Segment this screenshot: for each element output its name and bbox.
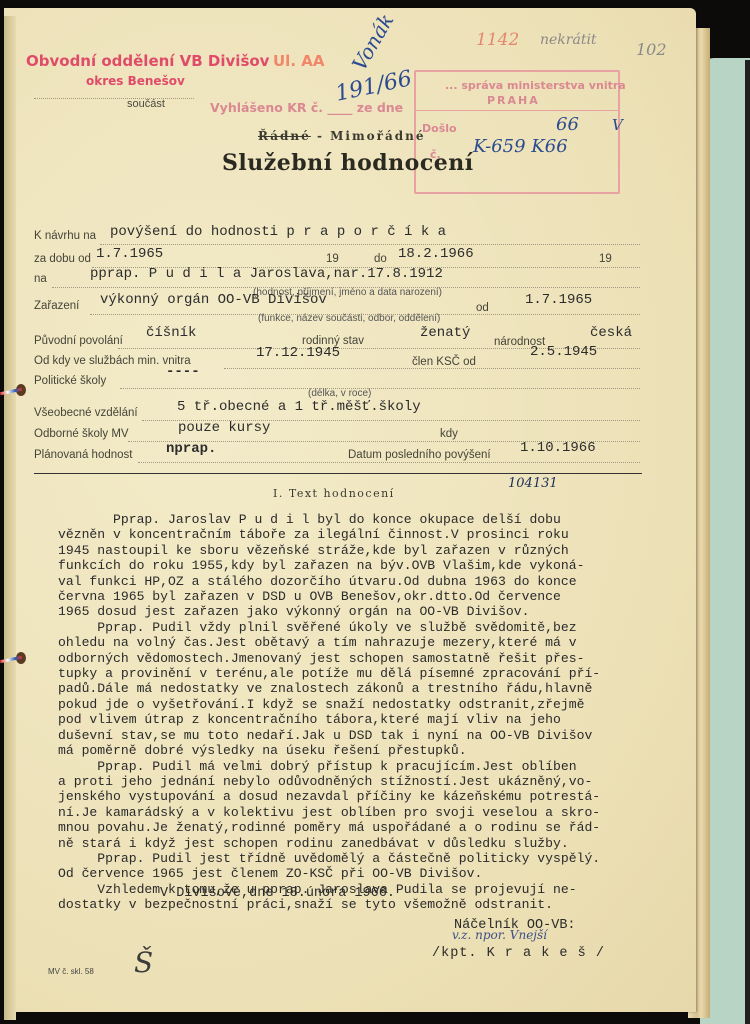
period-label: za dobu od [34,253,91,265]
document-title: Služební hodnocení [222,150,474,176]
political-hint: (délka, v roce) [308,388,371,399]
vyhlaseno-stamp: Vyhlášeno KR č. ____ ze dne [210,100,403,115]
handwritten-red-number: 1142 [476,30,519,50]
handwritten-note: nekrátit [540,32,597,48]
form-code: MV č. skl. 58 [48,967,94,976]
proposal-label: K návrhu na [34,230,96,242]
when-label: kdy [440,428,458,440]
education-label: Všeobecné vzdělání [34,407,138,419]
soucast-label: součást [127,98,165,110]
planned-rank: nprap. [166,441,216,457]
assignment-value: výkonný orgán OO-VB Divišov [100,292,327,308]
section-title: I. Text hodnocení [273,487,395,500]
party-label: člen KSČ od [412,356,476,368]
subject-label: na [34,273,47,285]
education: 5 tř.obecné a 1 tř.měšť.školy [177,399,421,415]
year-label-2: 19 [599,253,612,265]
proposal-value: povýšení do hodnosti p r a p o r č í k a [110,224,446,240]
type-separator: - [311,129,330,143]
original-job-label: Původní povolání [34,335,123,347]
last-promotion: 1.10.1966 [520,440,596,456]
political-line [120,387,640,389]
received-check: V [612,116,623,134]
marital: ženatý [420,325,470,341]
assignment-from-label: od [476,302,489,314]
place-date: V Divišově,dne 18.února 1966. [160,886,395,901]
year-label-1: 19 [326,253,339,265]
receiving-office: ... správa ministerstva vnitra [445,79,626,92]
evaluation-type: Řádné - Mimořádné [258,129,426,143]
last-promotion-label: Datum posledního povýšení [348,449,491,461]
period-from: 1.7.1965 [96,246,163,262]
initial-mark: Š [134,946,153,979]
planned-rank-label: Plánovaná hodnost [34,449,132,461]
received-year: 66 [556,114,579,135]
folder-edge [745,60,750,1024]
signature: v.z. npor. Vnejší [452,928,547,942]
mv-schools-label: Odborné školy MV [34,428,129,440]
period-to-label: do [374,253,387,265]
type-struck: Řádné [258,129,311,143]
handwritten-number: 104131 [508,476,558,491]
received-ref: K-659 K66 [473,136,568,157]
page-number: 102 [636,40,667,59]
nationality: česká [590,325,632,341]
proposal-line [100,243,640,245]
district-stamp: okres Benešov [86,74,185,88]
original-job: číšník [146,325,196,341]
stamp-divider [416,110,618,111]
planned-line [138,461,640,463]
receiving-city: PRAHA [487,94,540,107]
assignment-label: Zařazení [34,300,79,312]
subject-value: pprap. P u d i l a Jaroslava,nar.17.8.19… [90,266,443,282]
binding-strip [4,16,16,1020]
service-since: 17.12.1945 [256,345,340,361]
doslo-label: Došlo [422,122,457,135]
evaluation-body: Pprap. Jaroslav P u d i l byl do konce o… [58,512,658,913]
department-stamp: Obvodní oddělení VB Divišov [26,52,269,70]
political-schools: ---- [166,364,200,380]
political-schools-label: Politické školy [34,375,106,387]
assignment-from: 1.7.1965 [525,292,592,308]
type-selected: Mimořádné [330,129,425,143]
section-divider [34,473,642,474]
soucast-line [34,97,194,99]
period-to: 18.2.1966 [398,246,474,262]
party-since: 2.5.1945 [530,344,597,360]
assignment-hint: (funkce, název součásti, odbor, oddělení… [258,313,440,324]
classification-stamp: Ul. AA [273,52,324,70]
signer-name: /kpt. K r a k e š / [432,946,605,961]
mv-schools: pouze kursy [178,420,270,436]
